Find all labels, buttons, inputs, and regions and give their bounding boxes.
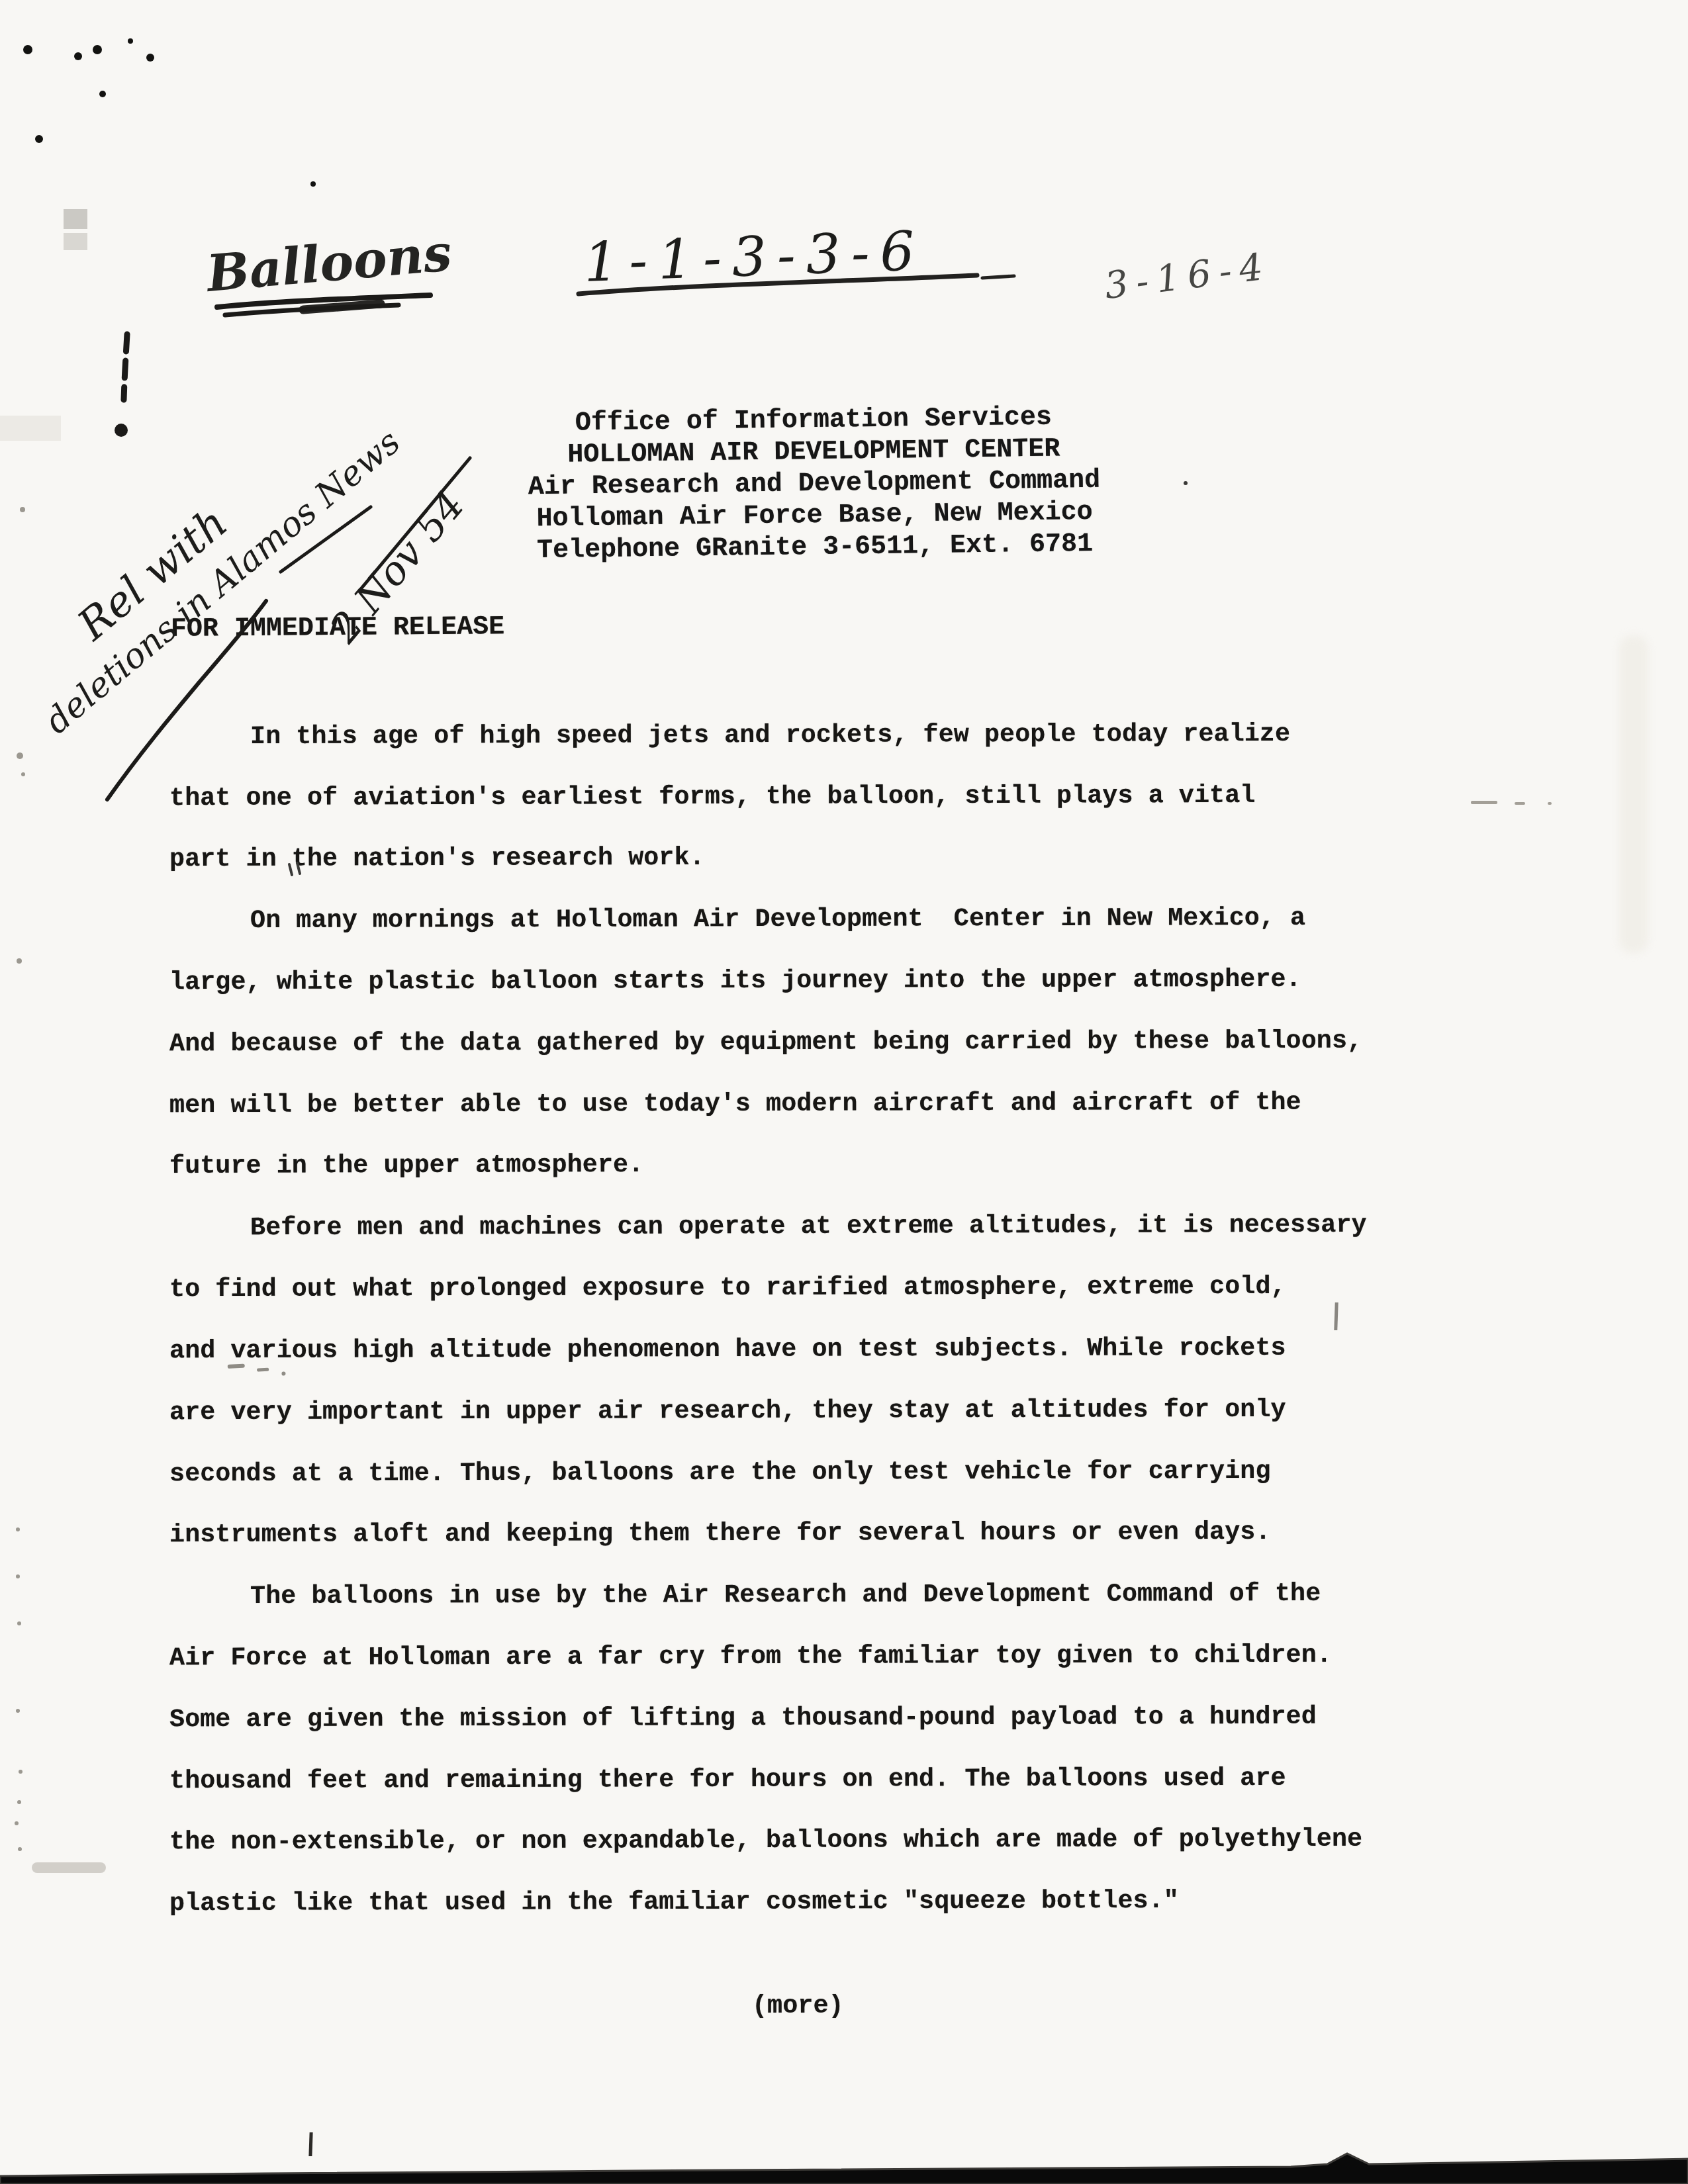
body-line: In this age of high speed jets and rocke… (250, 721, 1290, 750)
handwritten-note-line2: deletions in Alamos News (39, 424, 406, 740)
body-line: part in the nation's research work. (169, 845, 705, 872)
body-line: large, white plastic balloon starts its … (169, 967, 1301, 995)
body-line: instruments aloft and keeping them there… (169, 1520, 1271, 1548)
body-line: Some are given the mission of lifting a … (169, 1704, 1317, 1733)
handwritten-crossed-numbers: 1-1-3-3-6 (583, 224, 926, 291)
body-line: Before men and machines can operate at e… (250, 1212, 1367, 1241)
body-line: future in the upper atmosphere. (169, 1152, 643, 1179)
body-line: the non-extensible, or non expandable, b… (169, 1827, 1362, 1855)
body-line: The balloons in use by the Air Research … (250, 1581, 1321, 1610)
exclamation-mark-stroke (115, 334, 128, 437)
body-line: And because of the data gathered by equi… (169, 1028, 1362, 1057)
handwritten-balloons-scrawl: Balloons (205, 228, 453, 299)
more-marker: (more) (752, 1993, 844, 2019)
paper-crease-streak (1619, 635, 1648, 953)
body-line: seconds at a time. Thus, balloons are th… (169, 1459, 1271, 1487)
letterhead: Office of Information Services HOLLOMAN … (483, 401, 1147, 568)
body-line: that one of aviation's earliest forms, t… (169, 783, 1255, 811)
body-line: are very important in upper air research… (169, 1397, 1286, 1426)
body-line: thousand feet and remaining there for ho… (169, 1766, 1286, 1794)
body-line: to find out what prolonged exposure to r… (169, 1274, 1286, 1302)
scanned-press-release-page: Office of Information Services HOLLOMAN … (0, 0, 1688, 2184)
body-line: On many mornings at Holloman Air Develop… (250, 905, 1305, 934)
body-line: plastic like that used in the familiar c… (169, 1888, 1179, 1916)
scanner-edge-band (0, 2154, 1688, 2184)
body-line: men will be better able to use today's m… (169, 1090, 1301, 1118)
handwritten-date-scribble: 3-16-4 (1103, 248, 1273, 305)
body-line: and various high altitude phenomenon hav… (169, 1336, 1286, 1364)
body-line: Air Force at Holloman are a far cry from… (169, 1643, 1332, 1671)
